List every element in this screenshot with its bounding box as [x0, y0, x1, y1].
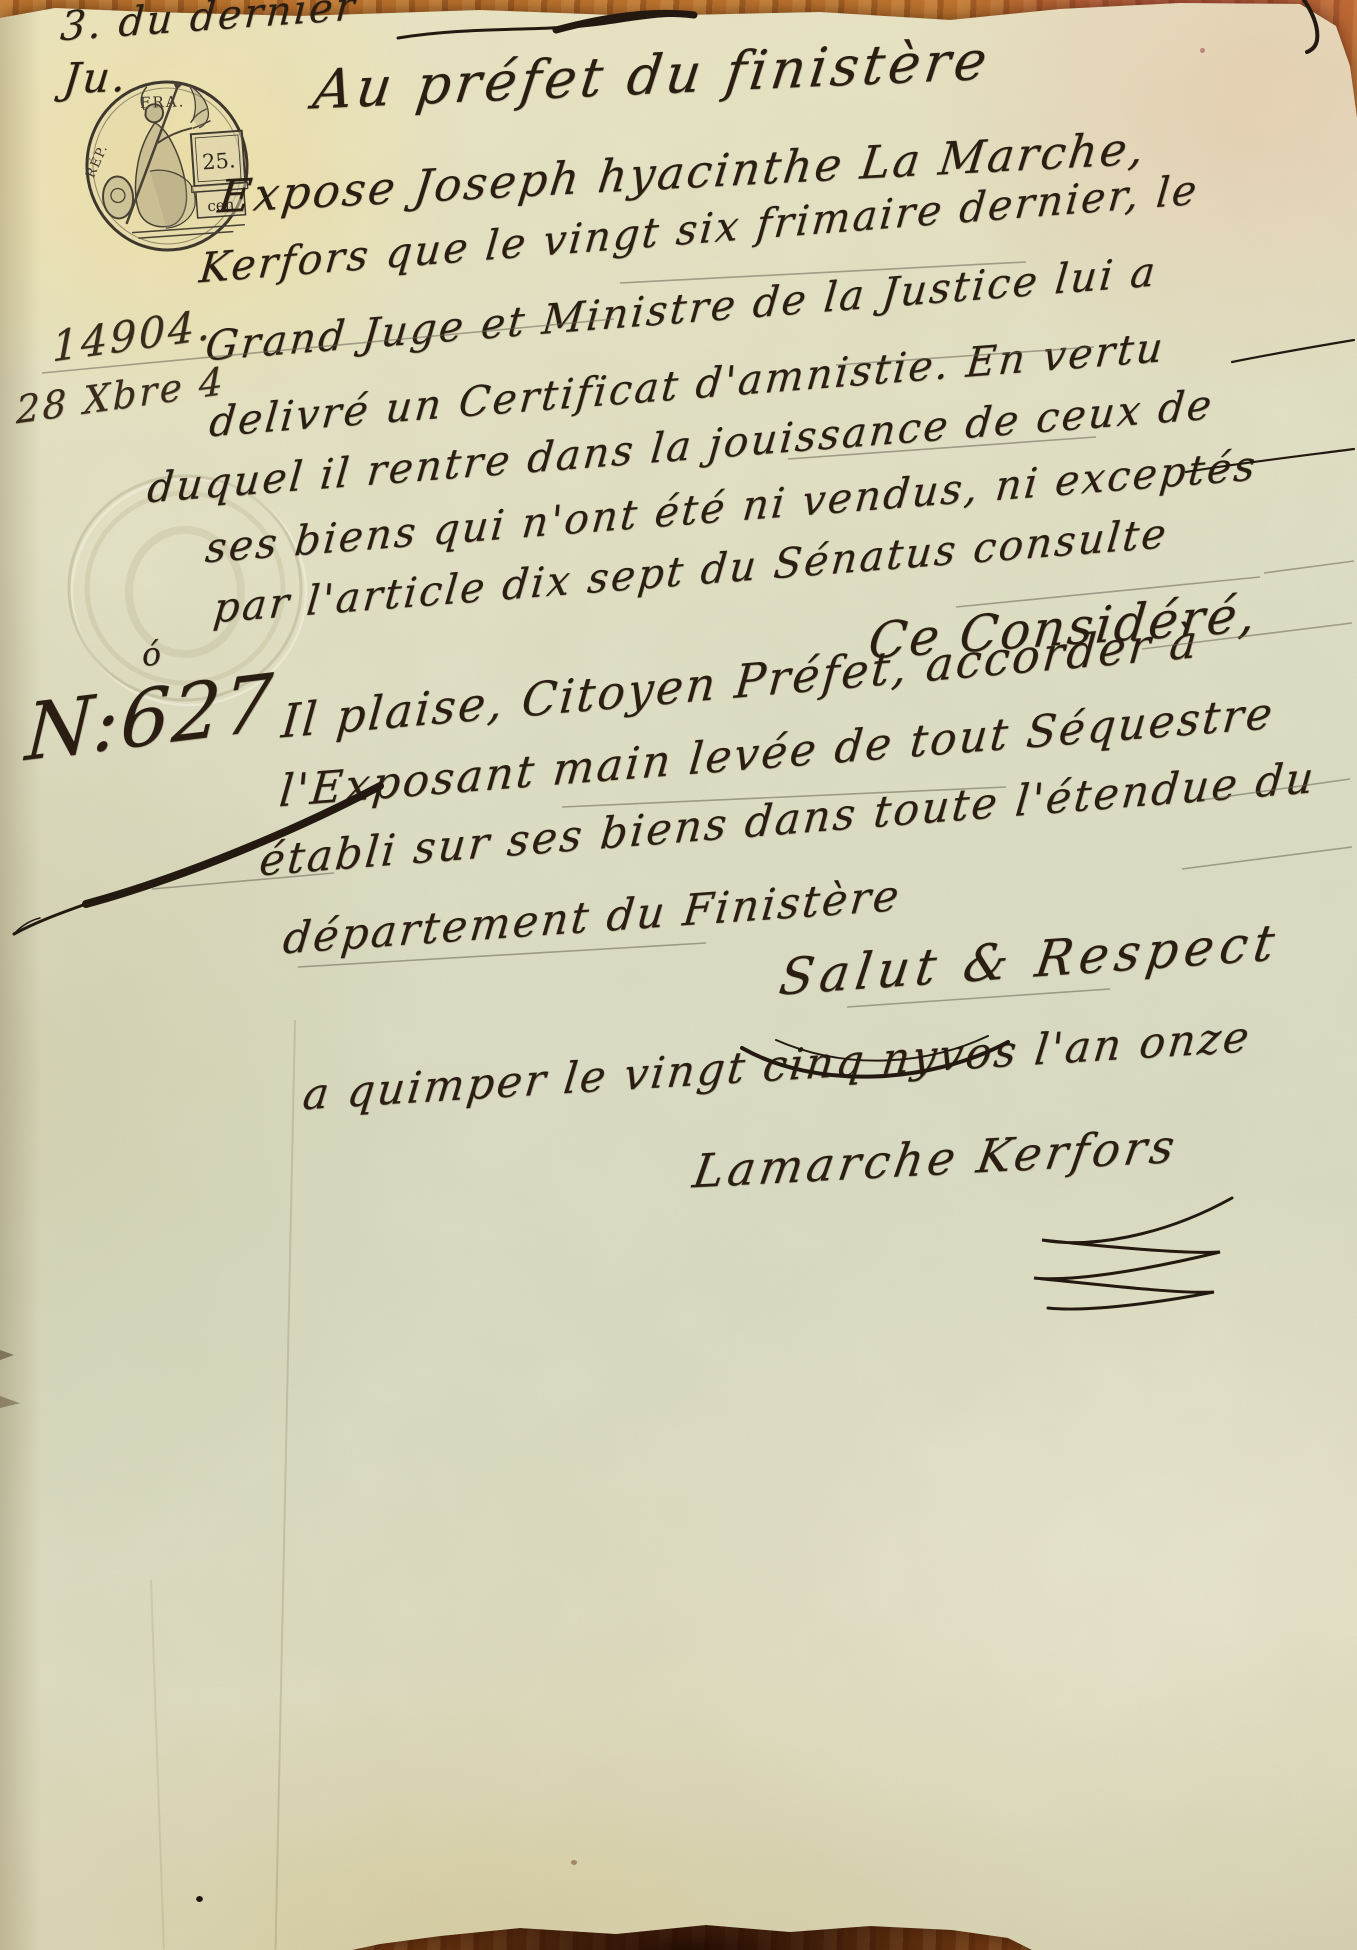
annotation-initials: Ju. [61, 52, 131, 103]
stain-dot [1200, 48, 1205, 53]
annotation-small-mark: ó [140, 634, 165, 674]
document-photo: FRA. RÉP. 25. [0, 0, 1357, 1950]
foxing-spot [571, 1860, 577, 1865]
ink-spot [196, 1896, 203, 1902]
